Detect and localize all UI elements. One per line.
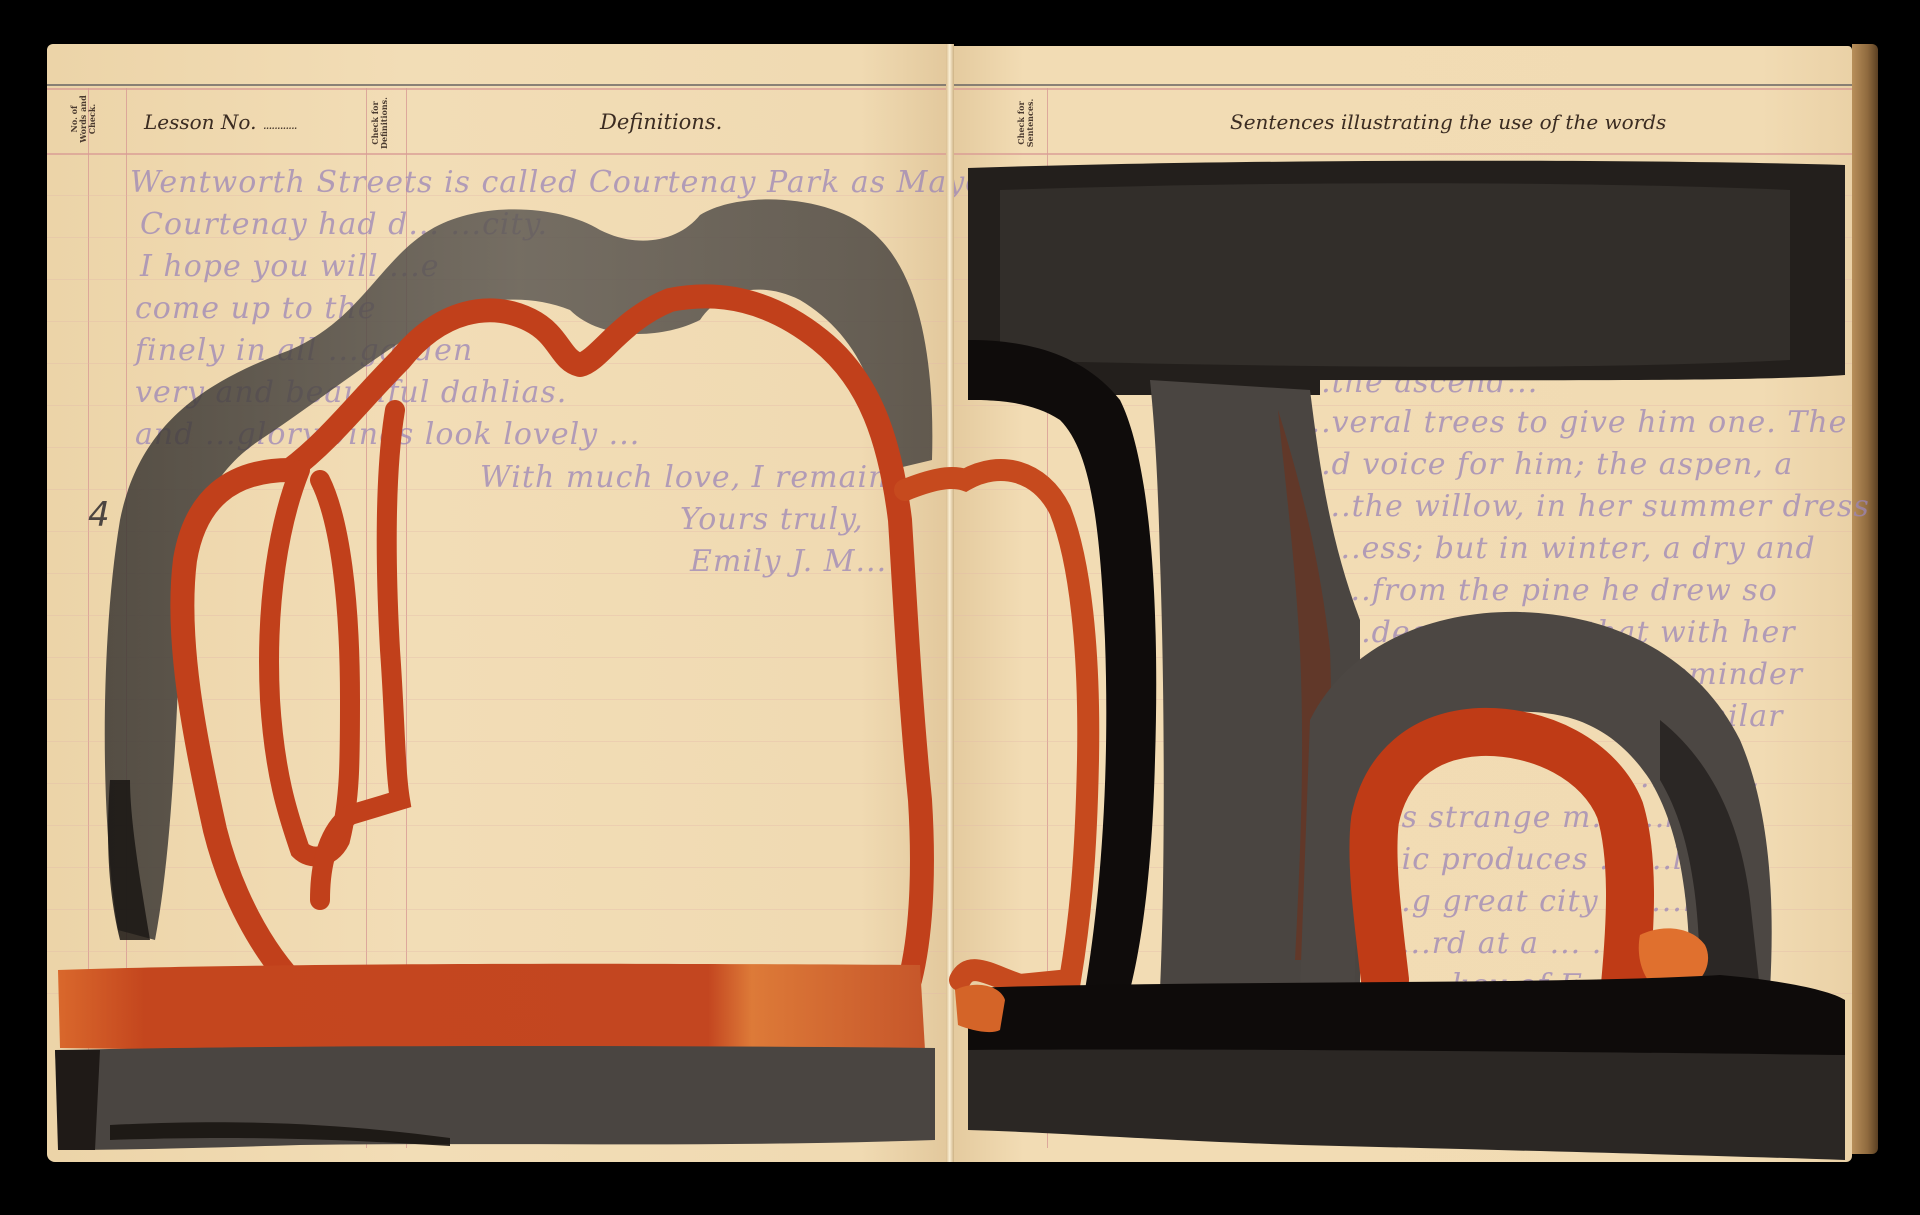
black-top-bar-texture — [1000, 183, 1790, 367]
artwork-photo: No. of Words and Check. Lesson No. .....… — [0, 0, 1920, 1215]
black-vertical-stroke — [968, 340, 1156, 990]
paint-layer — [0, 0, 1920, 1215]
grey-bottom-bar-dark-edge — [55, 1050, 100, 1150]
red-inner-loop-left — [269, 470, 350, 857]
red-horseshoe — [1373, 732, 1630, 985]
orange-horizontal-bar — [58, 964, 925, 1052]
orange-left-drip-right-page — [955, 985, 1005, 1032]
black-bottom-bar — [968, 1049, 1845, 1160]
black-lower-bar — [968, 975, 1845, 1061]
